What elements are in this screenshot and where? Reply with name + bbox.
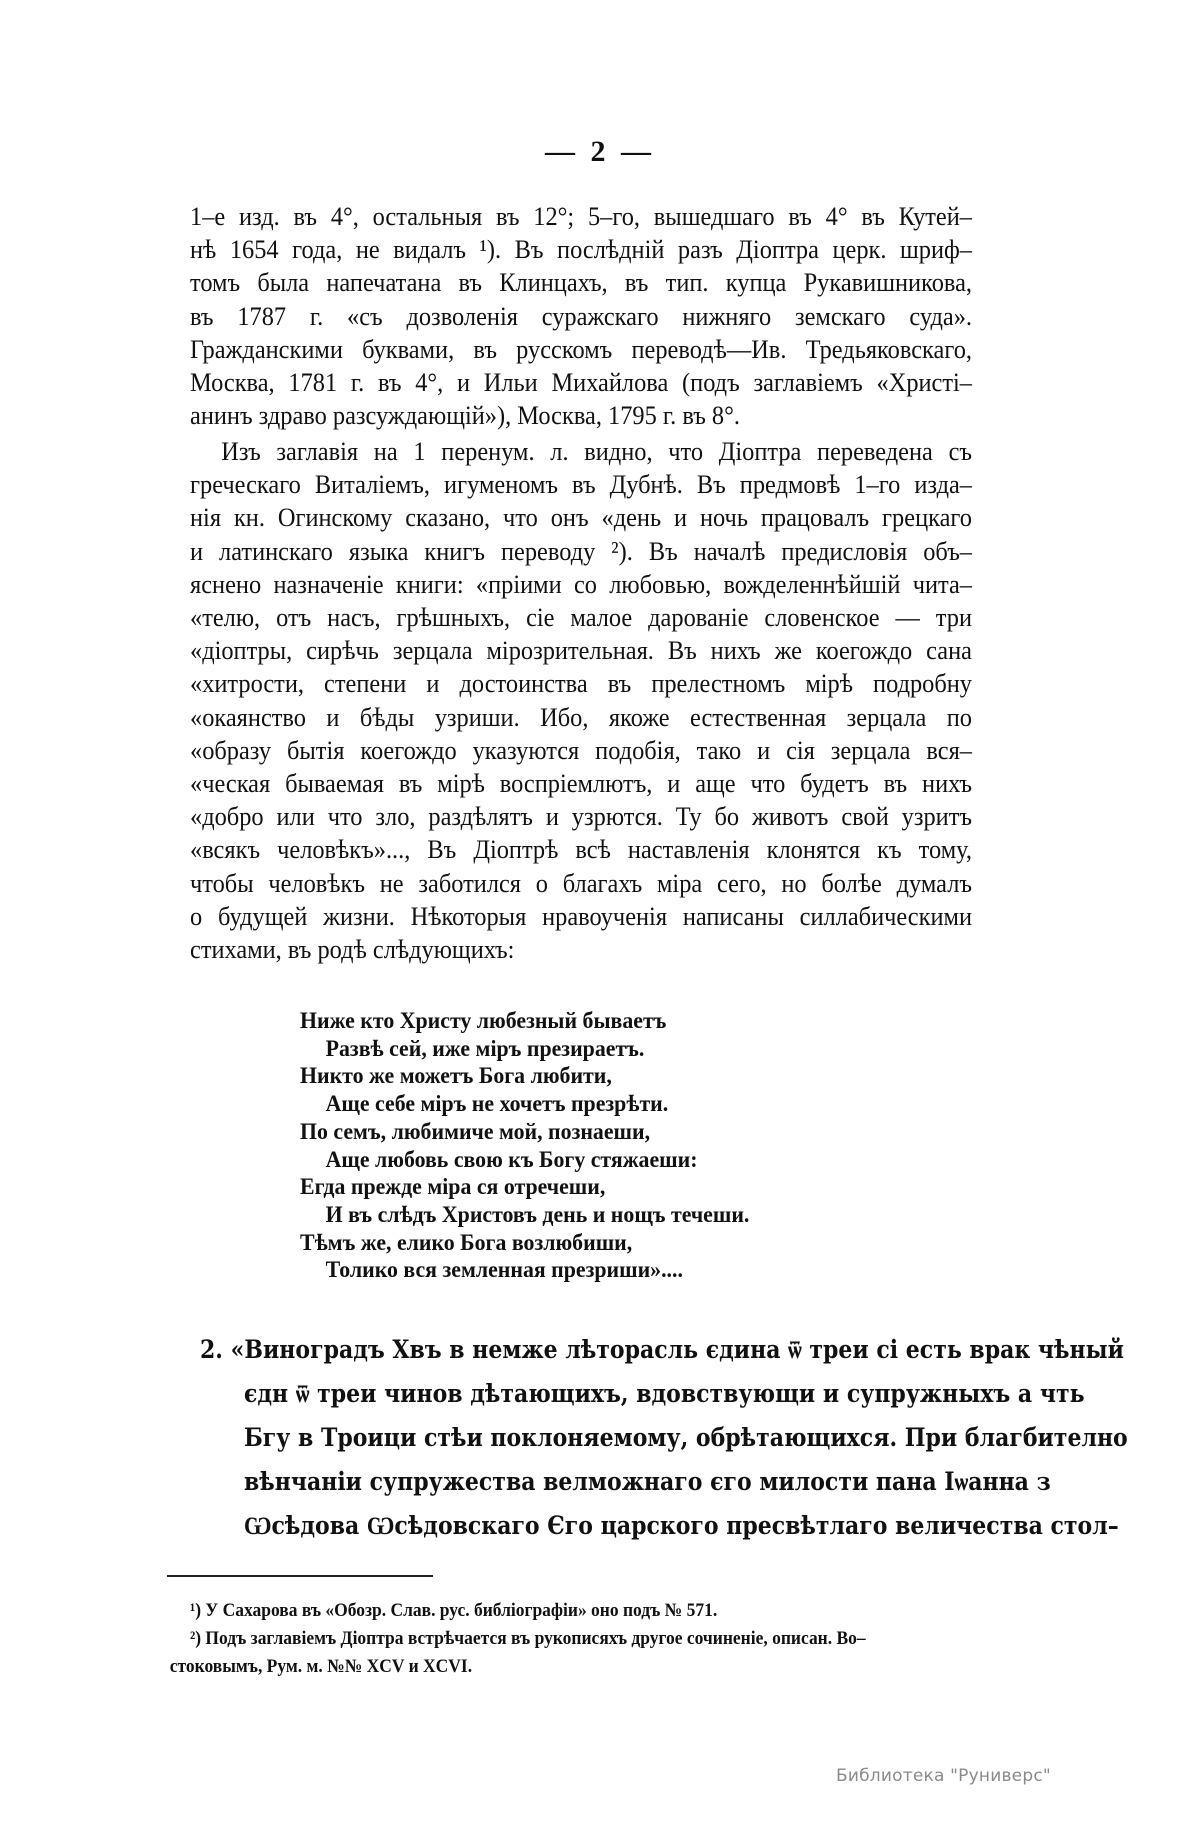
- text-line: «телю, отъ насъ, грѣшныхъ, сіе малое дар…: [190, 601, 972, 634]
- text-line: Москва, 1781 г. въ 4°, и Ильи Михайлова …: [190, 366, 972, 399]
- text-line: нія кн. Огинскому сказано, что онъ «день…: [190, 501, 972, 534]
- text-line: нѣ 1654 года, не видалъ ¹). Въ послѣдній…: [190, 233, 972, 266]
- text-line: «ческая бываемая въ мірѣ воспріемлютъ, и…: [190, 767, 972, 800]
- text-line: «діоптры, сирѣчь зерцала мірозрительная.…: [190, 634, 972, 667]
- slavonic-line: вѣнчаніи супружества велможнаго єго мило…: [200, 1460, 957, 1504]
- paragraph-dioptra-description: Изъ заглавія на 1 перенум. л. видно, что…: [190, 435, 972, 966]
- text-line: «всякъ человѣкъ»..., Въ Діоптрѣ всѣ наст…: [190, 833, 972, 866]
- text-line: томъ была напечатана въ Клинцахъ, въ тип…: [190, 266, 972, 299]
- slavonic-line: Ѡсѣдова Ѡсѣдовскаго Єго царского пресвѣт…: [200, 1504, 957, 1548]
- verse-line: По семъ, любимиче мой, познаеши,: [300, 1118, 749, 1146]
- verse-quotation: Ниже кто Христу любезный бываетъ Развѣ с…: [300, 1007, 749, 1284]
- text-line: «образу бытія коегождо указуются подобія…: [190, 734, 972, 767]
- slavonic-line: Бгу в Троици стѣи поклоняемому, обрѣтающ…: [200, 1416, 957, 1460]
- slavonic-line: єдн ѿ треи чинов дѣтающихъ, вдовствующи …: [200, 1372, 957, 1416]
- slavonic-line: 2. «Виноградъ Хвъ в немже лѣторасль єдин…: [200, 1328, 957, 1372]
- page-number: — 2 —: [0, 132, 1200, 172]
- text-line: «окаянство и бѣды узриши. Ибо, якоже ест…: [190, 701, 972, 734]
- text-line: греческаго Виталіемъ, игуменомъ въ Дубнѣ…: [190, 468, 972, 501]
- verse-line: Развѣ сей, иже міръ презираетъ.: [300, 1035, 749, 1063]
- verse-line: Егда прежде міра ся отречеши,: [300, 1173, 749, 1201]
- entry-number: 2.: [200, 1335, 223, 1364]
- text-line: «хитрости, степени и достоинства въ прел…: [190, 667, 972, 700]
- text-line: яснено назначеніе книги: «пріими со любо…: [190, 568, 972, 601]
- verse-line: Аще себе міръ не хочетъ презрѣти.: [300, 1090, 749, 1118]
- slavonic-text: «Виноградъ Хвъ в немже лѣторасль єдина ѿ…: [231, 1335, 1124, 1364]
- slavonic-entry: 2. «Виноградъ Хвъ в немже лѣторасль єдин…: [200, 1328, 957, 1548]
- verse-line: Никто же можетъ Бога любити,: [300, 1062, 749, 1090]
- verse-line: Тѣмъ же, елико Бога возлюбиши,: [300, 1229, 749, 1257]
- footnote-divider: [167, 1575, 433, 1577]
- library-watermark: Библиотека "Руниверс": [836, 1766, 1051, 1786]
- footnote-2-continuation: стоковымъ, Рум. м. №№ XCV и XCVI.: [170, 1653, 866, 1681]
- text-line: Гражданскими буквами, въ русскомъ перево…: [190, 333, 972, 366]
- text-line: анинъ здраво разсуждающій»), Москва, 179…: [190, 399, 972, 432]
- text-line: 1–е изд. въ 4°, остальныя въ 12°; 5–го, …: [190, 200, 972, 233]
- verse-line: Аще любовь свою къ Богу стяжаеши:: [300, 1146, 749, 1174]
- footnote-2: ²) Подъ заглавіемъ Діоптра встрѣчается в…: [190, 1625, 866, 1653]
- verse-line: И въ слѣдъ Христовъ день и нощъ течеши.: [300, 1201, 749, 1229]
- verse-line: Ниже кто Христу любезный бываетъ: [300, 1007, 749, 1035]
- text-line: въ 1787 г. «съ дозволенія суражскаго ниж…: [190, 300, 972, 333]
- footnotes: ¹) У Сахарова въ «Обозр. Слав. рус. библ…: [190, 1597, 866, 1681]
- text-line: о будущей жизни. Нѣкоторыя нравоученія н…: [190, 900, 972, 933]
- paragraph-editions: 1–е изд. въ 4°, остальныя въ 12°; 5–го, …: [190, 200, 972, 432]
- text-line: стихами, въ родѣ слѣдующихъ:: [190, 933, 972, 966]
- text-line: чтобы человѣкъ не заботился о благахъ мі…: [190, 867, 972, 900]
- text-line: и латинскаго языка книгъ переводу ²). Въ…: [190, 535, 972, 568]
- verse-line: Толико вся земленная презриши»....: [300, 1256, 749, 1284]
- footnote-1: ¹) У Сахарова въ «Обозр. Слав. рус. библ…: [190, 1597, 866, 1625]
- text-line: Изъ заглавія на 1 перенум. л. видно, что…: [190, 435, 972, 468]
- text-line: «добро или что зло, раздѣлятъ и узрются.…: [190, 800, 972, 833]
